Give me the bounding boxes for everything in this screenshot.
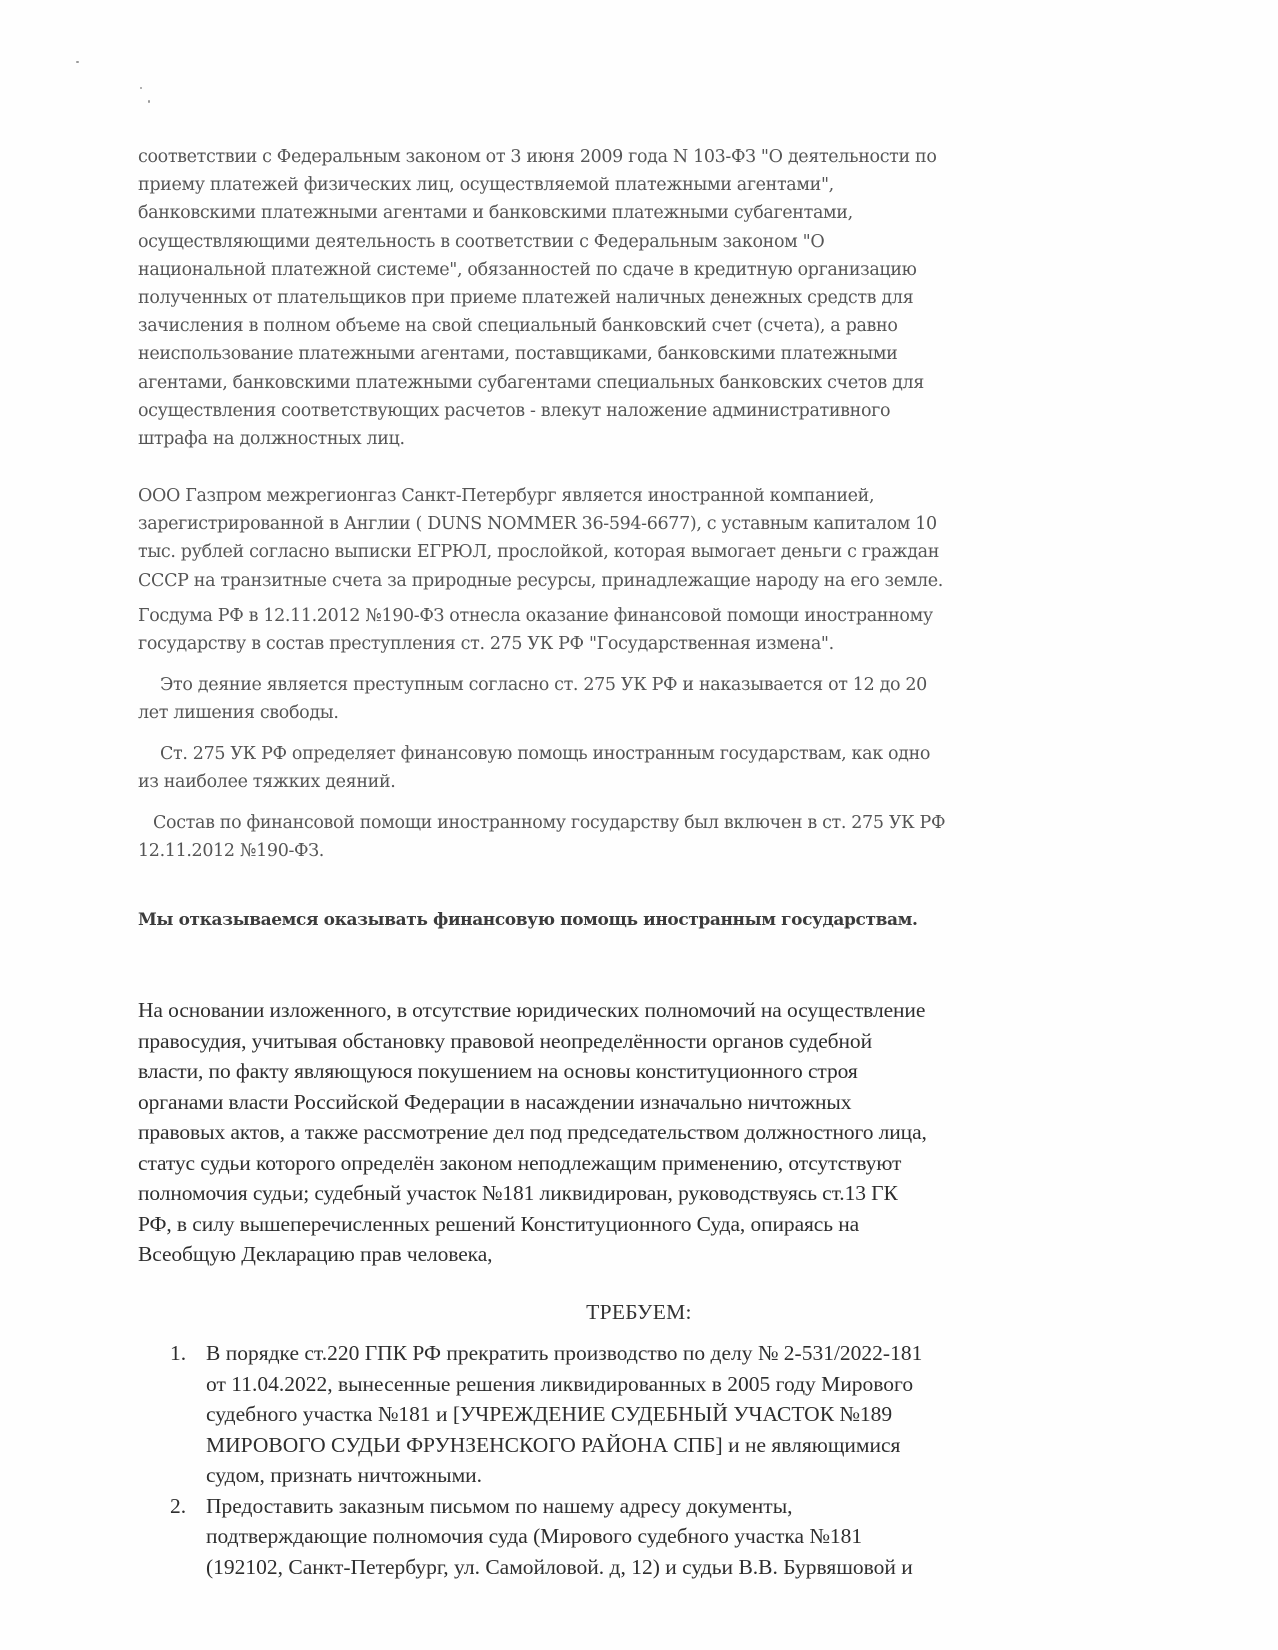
- paragraph-article: Ст. 275 УК РФ определяет финансовую помо…: [138, 740, 1068, 796]
- demand-number: 1.: [170, 1338, 186, 1369]
- text-line: судом, признать ничтожными.: [206, 1460, 922, 1491]
- text-line: банковскими платежными агентами и банков…: [138, 199, 1068, 227]
- scan-speck: [140, 87, 142, 89]
- paragraph-company: ООО Газпром межрегионгаз Санкт-Петербург…: [138, 482, 1068, 595]
- scan-speck: [148, 100, 150, 103]
- text-line: государству в состав преступления ст. 27…: [138, 630, 1068, 658]
- text-line: Ст. 275 УК РФ определяет финансовую помо…: [138, 740, 1068, 768]
- paragraph-fines: соответствии с Федеральным законом от 3 …: [138, 143, 1068, 453]
- text-line: МИРОВОГО СУДЬИ ФРУНЗЕНСКОГО РАЙОНА СПБ] …: [206, 1430, 922, 1461]
- text-line: подтверждающие полномочия суда (Мирового…: [206, 1521, 922, 1552]
- text-line: статус судьи которого определён законом …: [138, 1148, 1068, 1179]
- demand-number: 2.: [170, 1491, 186, 1522]
- text-line: правовых актов, а также рассмотрение дел…: [138, 1117, 1068, 1148]
- paragraph-gosduma: Госдума РФ в 12.11.2012 №190-ФЗ отнесла …: [138, 602, 1068, 658]
- text-line: тыс. рублей согласно выписки ЕГРЮЛ, прос…: [138, 538, 1068, 566]
- scanned-document-page: соответствии с Федеральным законом от 3 …: [0, 0, 1278, 1650]
- text-line: Госдума РФ в 12.11.2012 №190-ФЗ отнесла …: [138, 602, 1068, 630]
- text-line: приему платежей физических лиц, осуществ…: [138, 171, 1068, 199]
- text-line: судебного участка №181 и [УЧРЕЖДЕНИЕ СУД…: [206, 1399, 922, 1430]
- text-line: Предоставить заказным письмом по нашему …: [206, 1491, 922, 1522]
- text-line: СССР на транзитные счета за природные ре…: [138, 567, 1068, 595]
- text-line: зарегистрированной в Англии ( DUNS NOMME…: [138, 510, 1068, 538]
- text-line: осуществляющими деятельность в соответст…: [138, 228, 1068, 256]
- scan-speck: [76, 61, 79, 63]
- demands-heading: ТРЕБУЕМ:: [0, 1300, 1278, 1325]
- text-line: осуществления соответствующих расчетов -…: [138, 397, 1068, 425]
- text-line: Это деяние является преступным согласно …: [138, 671, 1068, 699]
- text-line: ООО Газпром межрегионгаз Санкт-Петербург…: [138, 482, 1068, 510]
- text-line: национальной платежной системе", обязанн…: [138, 256, 1068, 284]
- demands-list: 1. В порядке ст.220 ГПК РФ прекратить пр…: [170, 1338, 922, 1582]
- demand-item: 2. Предоставить заказным письмом по наше…: [170, 1491, 922, 1583]
- text-line: На основании изложенного, в отсутствие ю…: [138, 995, 1068, 1026]
- text-line: агентами, банковскими платежными субаген…: [138, 369, 1068, 397]
- text-line: 12.11.2012 №190-ФЗ.: [138, 837, 1068, 865]
- text-line: (192102, Санкт-Петербург, ул. Самойловой…: [206, 1552, 922, 1583]
- text-line: Всеобщую Декларацию прав человека,: [138, 1239, 1068, 1270]
- text-line: власти, по факту являющуюся покушением н…: [138, 1056, 1068, 1087]
- paragraph-crime: Это деяние является преступным согласно …: [138, 671, 1068, 727]
- text-line: из наиболее тяжких деяний.: [138, 768, 1068, 796]
- text-line: от 11.04.2022, вынесенные решения ликвид…: [206, 1369, 922, 1400]
- text-line: штрафа на должностных лиц.: [138, 425, 1068, 453]
- text-line: правосудия, учитывая обстановку правовой…: [138, 1026, 1068, 1057]
- text-line: В порядке ст.220 ГПК РФ прекратить произ…: [206, 1338, 922, 1369]
- text-line: полномочия судьи; судебный участок №181 …: [138, 1178, 1068, 1209]
- text-line: лет лишения свободы.: [138, 699, 1068, 727]
- text-line: РФ, в силу вышеперечисленных решений Кон…: [138, 1209, 1068, 1240]
- text-line: соответствии с Федеральным законом от 3 …: [138, 143, 1068, 171]
- demand-item: 1. В порядке ст.220 ГПК РФ прекратить пр…: [170, 1338, 922, 1491]
- paragraph-composition: Состав по финансовой помощи иностранному…: [138, 809, 1068, 865]
- refusal-statement: Мы отказываемся оказывать финансовую пом…: [138, 910, 918, 930]
- text-line: неиспользование платежными агентами, пос…: [138, 340, 1068, 368]
- paragraph-basis: На основании изложенного, в отсутствие ю…: [138, 995, 1068, 1270]
- text-line: зачисления в полном объеме на свой специ…: [138, 312, 1068, 340]
- text-line: Состав по финансовой помощи иностранному…: [138, 809, 1068, 837]
- text-line: органами власти Российской Федерации в н…: [138, 1087, 1068, 1118]
- text-line: полученных от плательщиков при приеме пл…: [138, 284, 1068, 312]
